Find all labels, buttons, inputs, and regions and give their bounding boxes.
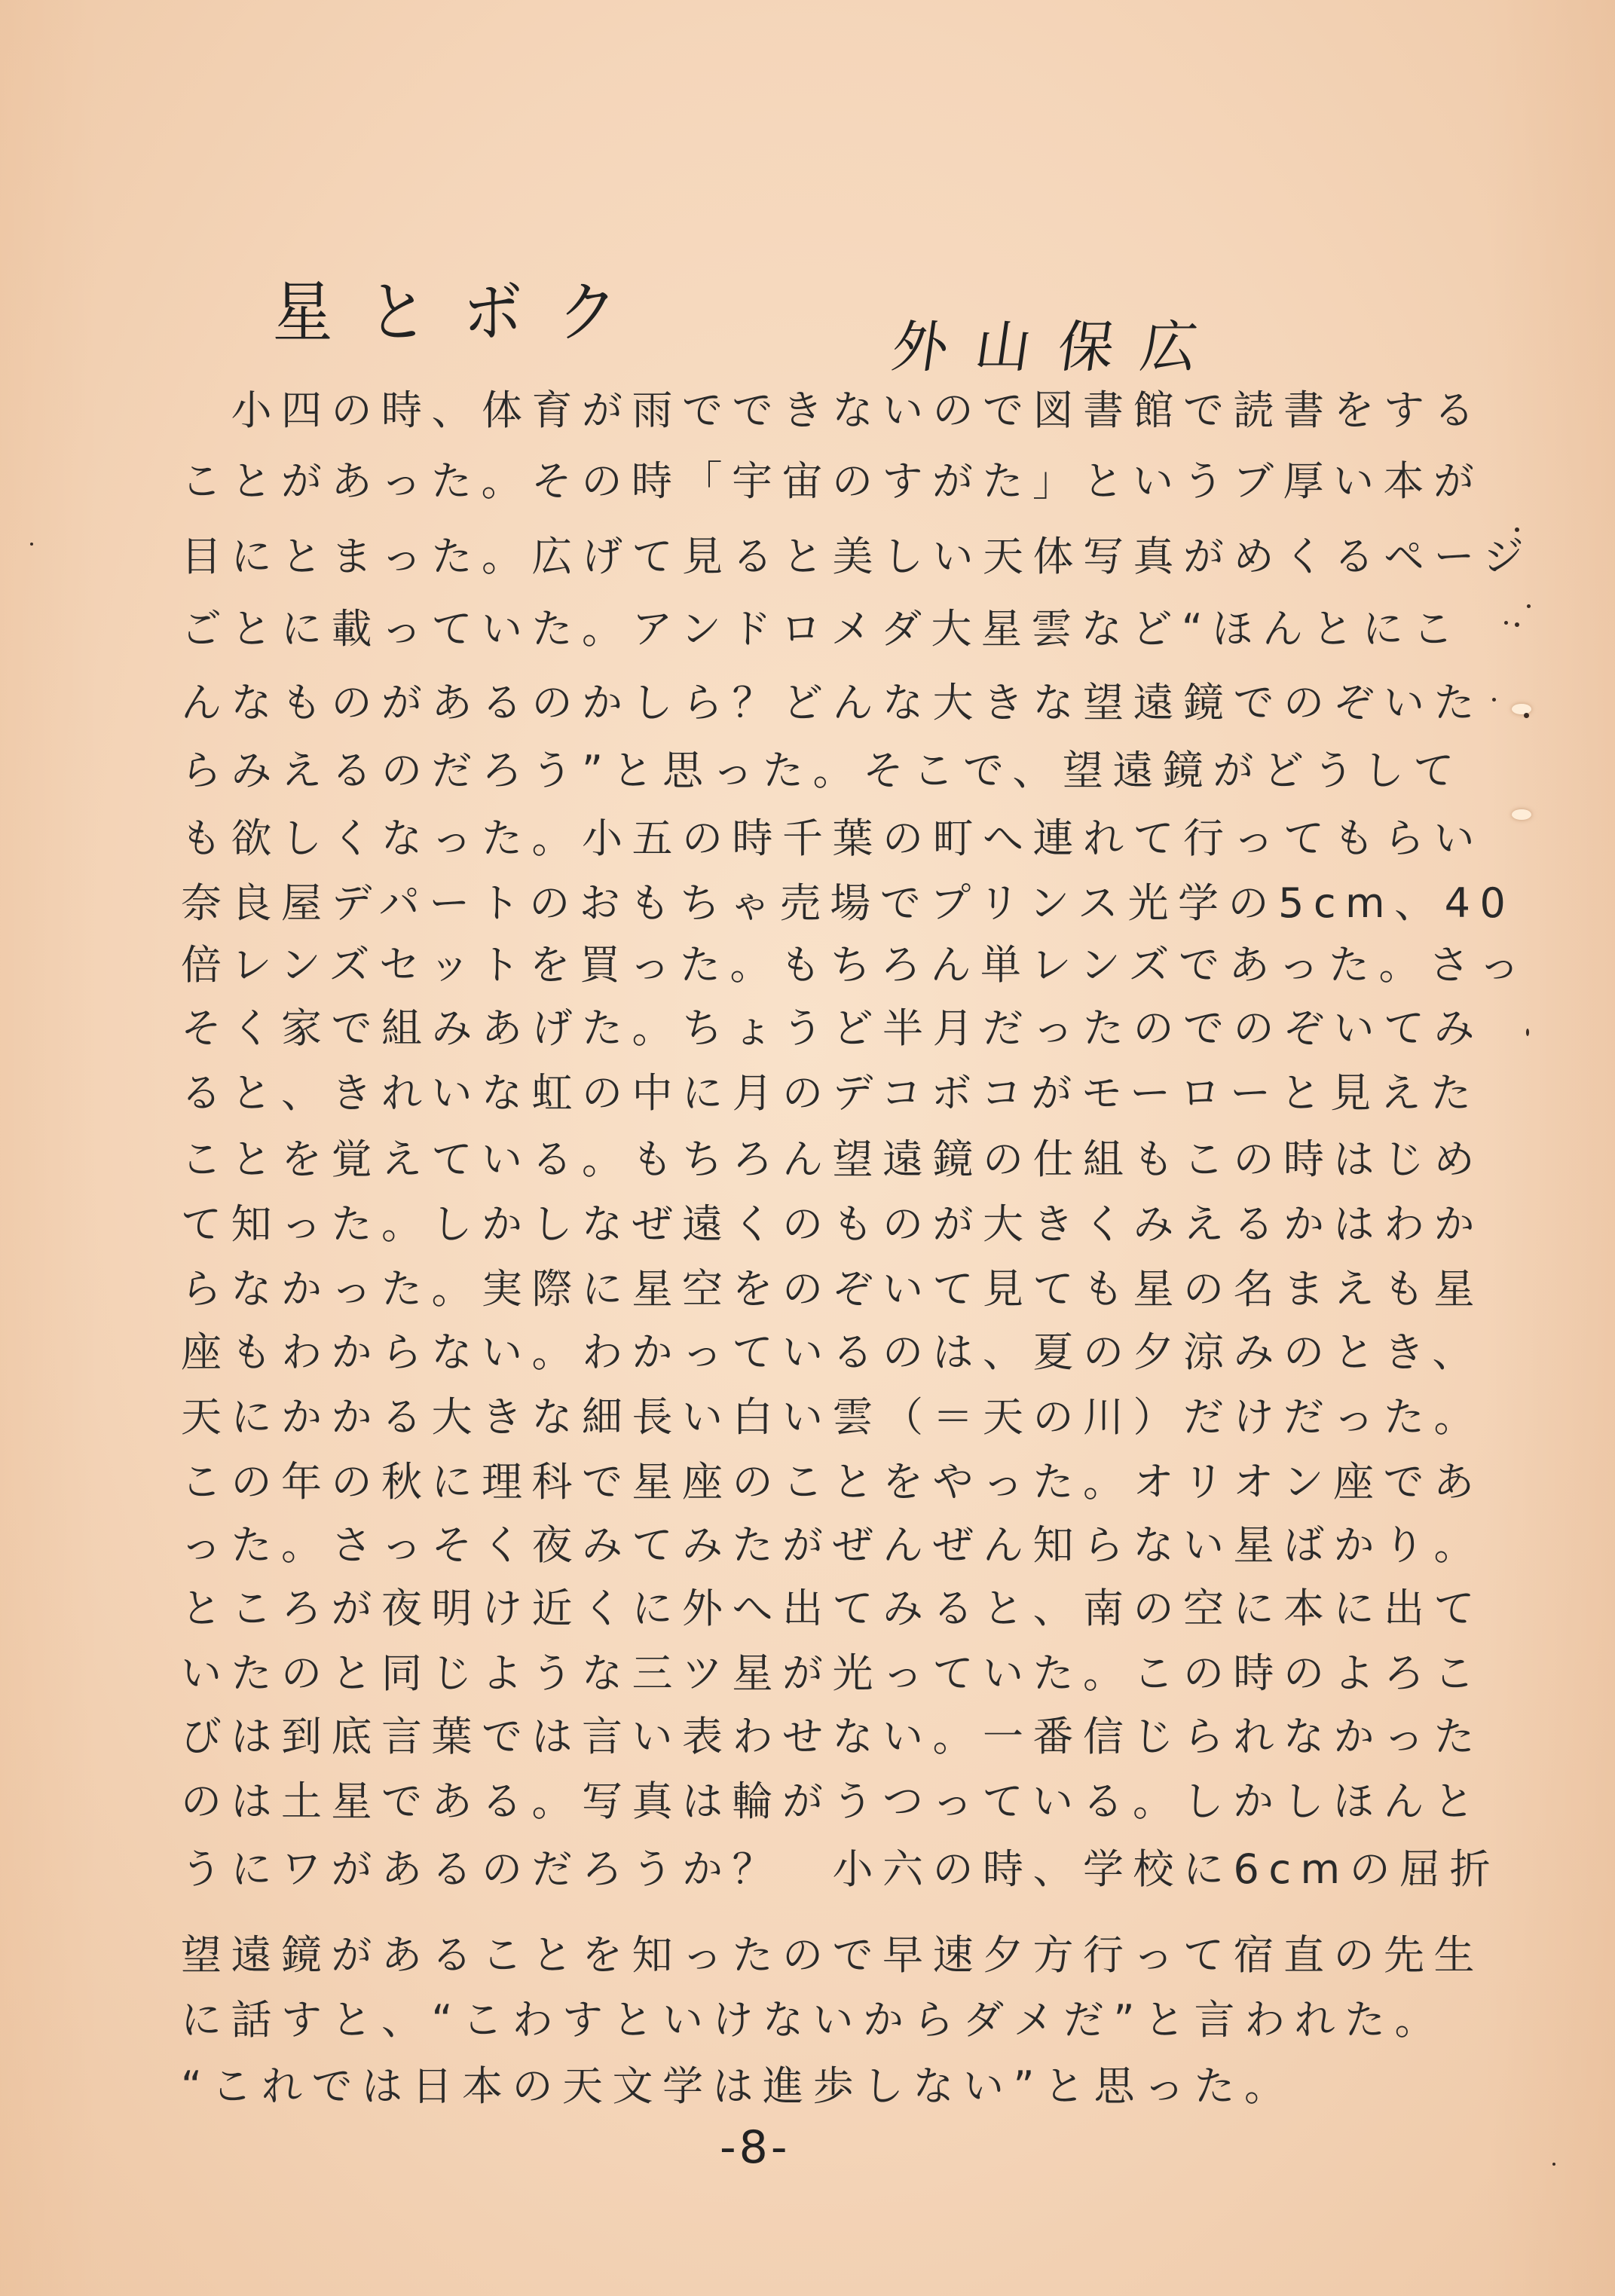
text-line: 奈良屋デパートのおもちゃ売場でプリンス光学の5cm、40 bbox=[181, 883, 1515, 924]
paper-speck bbox=[1527, 604, 1531, 608]
text-line: ると、きれいな虹の中に月のデコボコがモーローと見えた bbox=[181, 1073, 1481, 1114]
paper-speck bbox=[1526, 1029, 1529, 1036]
paper-speck bbox=[1504, 621, 1508, 625]
text-line: も欲しくなった。小五の時千葉の町へ連れて行ってもらい bbox=[181, 818, 1484, 859]
paper-speck bbox=[30, 543, 33, 546]
author-name: 外山保広 bbox=[888, 303, 1231, 383]
text-line: 望遠鏡があることを知ったので早速夕方行って宿直の先生 bbox=[181, 1935, 1484, 1976]
text-line: 天にかかる大きな細長い白い雲（＝天の川）だけだった。 bbox=[181, 1397, 1484, 1438]
paper-speck bbox=[1524, 713, 1529, 718]
paper-speck bbox=[1515, 527, 1519, 532]
essay-title: 星とボク bbox=[273, 260, 653, 355]
paper-speck bbox=[1552, 2163, 1555, 2166]
text-line: “これでは日本の天文学は進歩しない”と思った。 bbox=[181, 2066, 1294, 2107]
text-line: ことを覚えている。もちろん望遠鏡の仕組もこの時はじめ bbox=[181, 1139, 1484, 1180]
paper-speck bbox=[1515, 622, 1519, 627]
text-line: った。さっそく夜みてみたがぜんぜん知らない星ばかり。 bbox=[181, 1525, 1484, 1566]
staple-hole bbox=[1512, 704, 1531, 714]
text-line: そく家で組みあげた。ちょうど半月だったのでのぞいてみ bbox=[181, 1008, 1484, 1049]
text-line: いたのと同じような三ツ星が光っていた。この時のよろこ bbox=[181, 1653, 1484, 1694]
text-line: ことがあった。その時「宇宙のすがた」というブ厚い本が bbox=[181, 461, 1483, 502]
text-line: て知った。しかしなぜ遠くのものが大きくみえるかはわか bbox=[181, 1204, 1484, 1245]
staple-hole bbox=[1512, 809, 1531, 820]
text-line: に話すと、“こわすといけないからダメだ”と言われた。 bbox=[181, 2000, 1445, 2041]
text-line: この年の秋に理科で星座のことをやった。オリオン座であ bbox=[181, 1462, 1483, 1503]
page-number: -8- bbox=[720, 2121, 790, 2174]
text-line: うにワがあるのだろうか？ 小六の時、学校に6cmの屈折 bbox=[181, 1849, 1500, 1890]
text-line: のは土星である。写真は輪がうつっている。しかしほんと bbox=[181, 1781, 1483, 1822]
text-line: ところが夜明け近くに外へ出てみると、南の空に本に出て bbox=[181, 1588, 1484, 1629]
document-page: 星とボク 外山保広 小四の時、体育が雨でできないので図書館で読書をする ことがあ… bbox=[0, 0, 1615, 2296]
text-line: らなかった。実際に星空をのぞいて見ても星の名まえも星 bbox=[181, 1269, 1484, 1310]
text-line: 座もわからない。わかっているのは、夏の夕涼みのとき、 bbox=[181, 1332, 1482, 1373]
text-line: 目にとまった。広げて見ると美しい天体写真がめくるページ bbox=[181, 537, 1533, 577]
text-line: 小四の時、体育が雨でできないので図書館で読書をする bbox=[181, 390, 1484, 431]
paper-speck bbox=[1492, 698, 1496, 702]
text-line: 倍レンズセットを買った。もちろん単レンズであった。さっ bbox=[181, 945, 1529, 986]
text-line: らみえるのだろう”と思った。そこで、望遠鏡がどうして bbox=[181, 751, 1464, 791]
text-line: んなものがあるのかしら？どんな大きな望遠鏡でのぞいた bbox=[181, 683, 1484, 723]
text-line: びは到底言葉では言い表わせない。一番信じられなかった bbox=[181, 1717, 1484, 1757]
text-line: ごとに載っていた。アンドロメダ大星雲など“ほんとにこ bbox=[181, 609, 1463, 650]
